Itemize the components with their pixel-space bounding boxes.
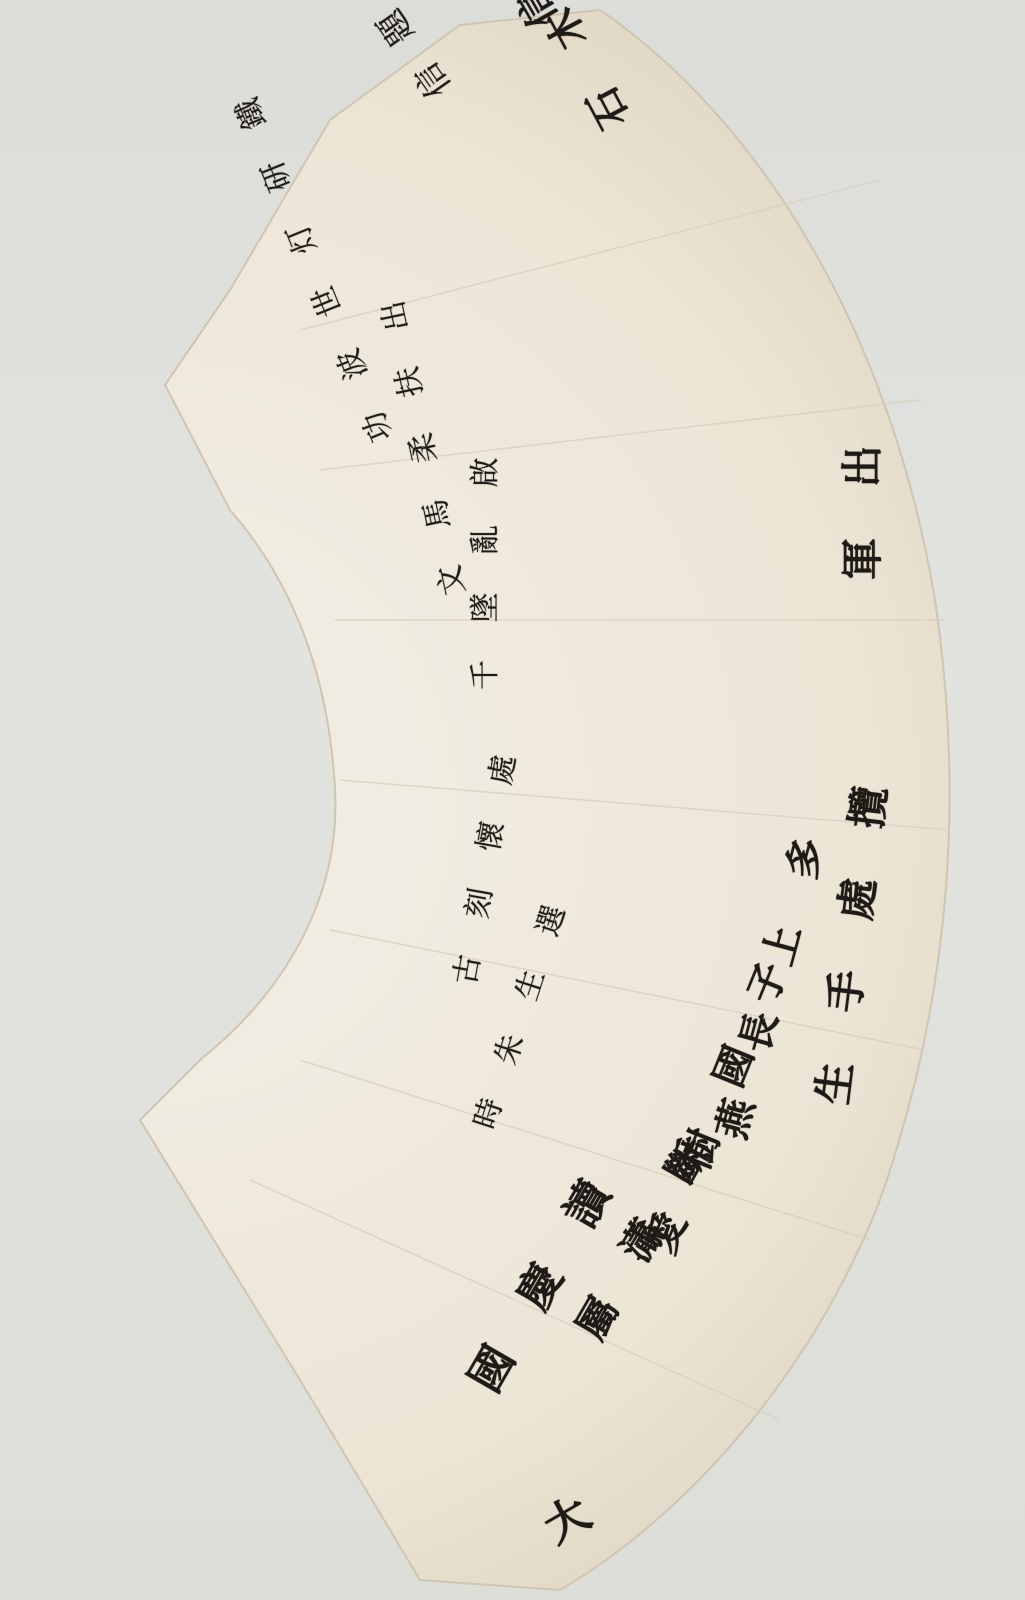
calligraphy-column: 軍 出 xyxy=(830,427,890,580)
fan-paper xyxy=(140,10,950,1590)
photo-stage: 大 國 慶 讀 屬 瀟 斷 愛 樹 國 子 時 朱 生 選 燕 長 上 多 古 … xyxy=(0,0,1025,1600)
